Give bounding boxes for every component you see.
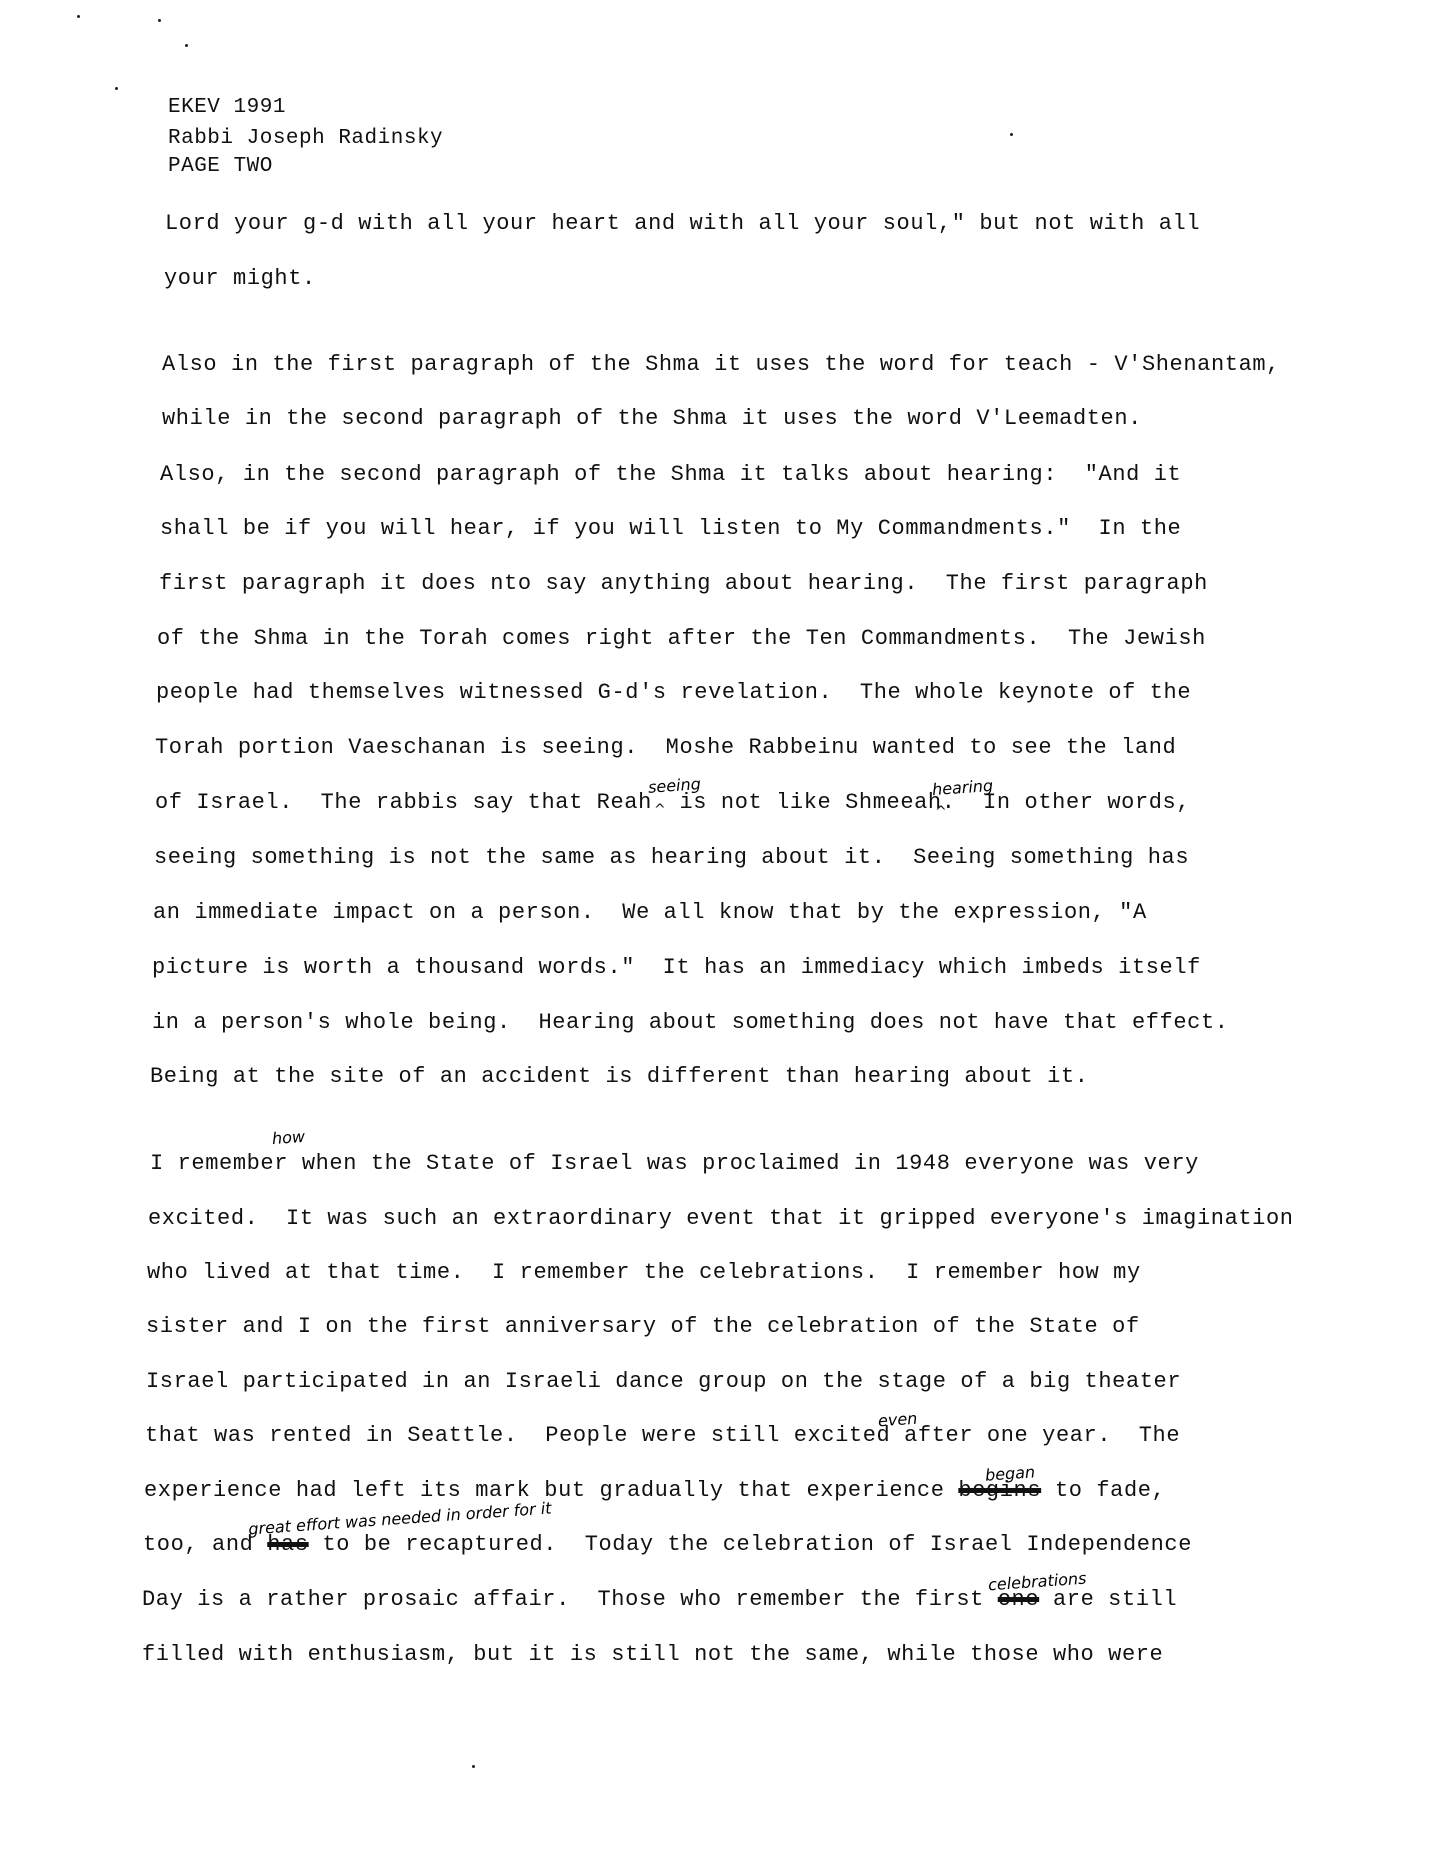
text-line: excited. It was such an extraordinary ev… (148, 1208, 1294, 1230)
scan-speck (115, 87, 118, 90)
text-line: Also in the first paragraph of the Shma … (162, 354, 1280, 376)
text-line: experience had left its mark but gradual… (144, 1480, 1165, 1502)
text-line: that was rented in Seattle. People were … (145, 1425, 1180, 1447)
insertion-caret: ^ (935, 804, 947, 820)
text-line: people had themselves witnessed G-d's re… (156, 682, 1191, 704)
doc-author: Rabbi Joseph Radinsky (168, 128, 443, 149)
text-line: an immediate impact on a person. We all … (153, 902, 1147, 924)
text-line: of Israel. The rabbis say that Reah is n… (155, 792, 1190, 814)
text-line: Also, in the second paragraph of the Shm… (160, 464, 1181, 486)
text-line: filled with enthusiasm, but it is still … (142, 1644, 1163, 1666)
text-line: Being at the site of an accident is diff… (150, 1066, 1089, 1088)
text-line: Day is a rather prosaic affair. Those wh… (142, 1589, 1177, 1611)
doc-title: EKEV 1991 (168, 97, 286, 118)
text-line: of the Shma in the Torah comes right aft… (157, 628, 1206, 650)
scan-speck (1010, 133, 1013, 136)
text-line: in a person's whole being. Hearing about… (152, 1012, 1229, 1034)
text-line: shall be if you will hear, if you will l… (160, 518, 1181, 540)
scan-speck (77, 15, 80, 18)
annotation-how: how (271, 1127, 305, 1148)
text-line: too, and has to be recaptured. Today the… (143, 1534, 1192, 1556)
text-line: who lived at that time. I remember the c… (147, 1262, 1141, 1284)
scan-speck (185, 44, 188, 47)
text-line: while in the second paragraph of the Shm… (162, 408, 1142, 430)
text-line: your might. (164, 268, 316, 290)
insertion-caret: ^ (654, 802, 666, 818)
annotation-seeing: seeing (647, 774, 701, 797)
text-line: first paragraph it does nto say anything… (159, 573, 1208, 595)
text-line: sister and I on the first anniversary of… (146, 1316, 1140, 1338)
text-line: Lord your g-d with all your heart and wi… (165, 213, 1200, 235)
text-line: seeing something is not the same as hear… (154, 847, 1189, 869)
text-line: I remember when the State of Israel was … (150, 1153, 1199, 1175)
annotation-began: began (984, 1462, 1035, 1484)
text-line: Torah portion Vaeschanan is seeing. Mosh… (155, 737, 1176, 759)
text-line: picture is worth a thousand words." It h… (152, 957, 1201, 979)
annotation-even: even (877, 1409, 918, 1431)
scan-speck (472, 1765, 475, 1768)
text-line: Israel participated in an Israeli dance … (146, 1371, 1181, 1393)
scan-speck (158, 19, 161, 22)
doc-page-label: PAGE TWO (168, 156, 273, 177)
